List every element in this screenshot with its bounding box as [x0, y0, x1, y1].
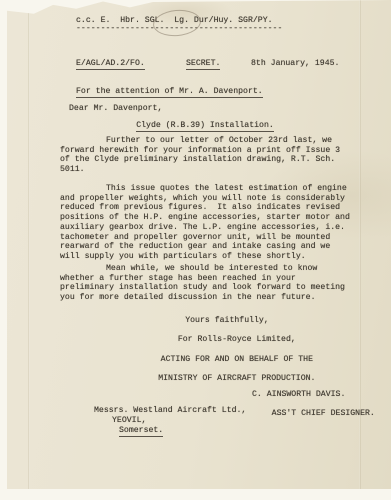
paragraph-3: Mean while, we should be interested to k… — [60, 264, 350, 303]
letter-date: 8th January, 1945. — [251, 59, 339, 69]
signatory-title: ASS'T CHIEF DESIGNER. — [272, 409, 375, 418]
recipient-town: YEOVIL, — [112, 416, 146, 426]
signatory-name: C. AINSWORTH DAVIS. — [252, 390, 345, 399]
salutation: Dear Mr. Davenport, — [69, 104, 162, 114]
paper-crease-left — [28, 0, 30, 489]
closing-ministry: MINISTRY OF AIRCRAFT PRODUCTION. — [158, 374, 315, 383]
closing-block: Yours faithfully, For Rolls-Royce Limite… — [108, 316, 346, 394]
recipient-county: Somerset. — [119, 426, 163, 436]
paragraph-1: Further to our letter of October 23rd la… — [60, 136, 350, 175]
classification-stamp: SECRET. — [186, 59, 220, 69]
closing-company: For Rolls-Royce Limited, — [178, 335, 296, 344]
paragraph-2: This issue quotes the latest estimation … — [60, 184, 350, 262]
reference-number: E/AGL/AD.2/FO. — [76, 59, 145, 69]
scanned-letter: c.c. E. Hbr. SGL. Lg. Dur/Huy. SGR/PY. -… — [0, 0, 391, 500]
attention-line: For the attention of Mr. A. Davenport. — [76, 87, 263, 97]
closing-acting-for: ACTING FOR AND ON BEHALF OF THE — [161, 355, 313, 364]
closing-yours-faithfully: Yours faithfully, — [185, 316, 269, 325]
signature-block: C. AINSWORTH DAVIS. ASS'T CHIEF DESIGNER… — [252, 390, 375, 429]
subject-heading: Clyde (R.B.39) Installation. — [60, 121, 350, 131]
recipient-company: Messrs. Westland Aircraft Ltd., — [94, 406, 246, 416]
